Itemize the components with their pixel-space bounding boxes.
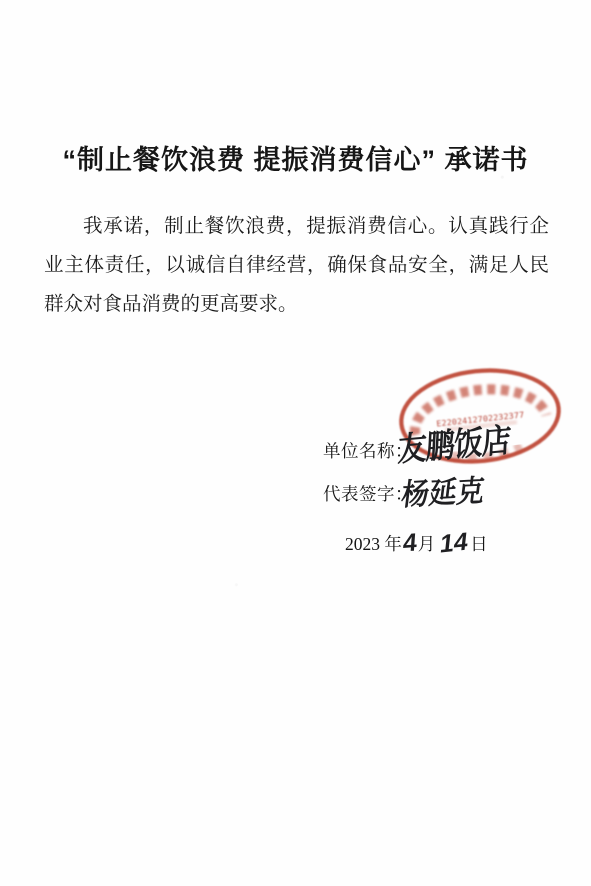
- date-month-handwritten: 4: [402, 530, 418, 556]
- document-title: “制止餐饮浪费 提振消费信心” 承诺书: [0, 138, 591, 177]
- date-day-unit: 日: [470, 531, 488, 556]
- document-page: “制止餐饮浪费 提振消费信心” 承诺书 我承诺，制止餐饮浪费，提振消费信心。认真…: [0, 0, 591, 886]
- rep-signature-handwritten: 杨延克: [399, 465, 487, 514]
- rep-signature-label: 代表签字：: [323, 481, 413, 506]
- date-day-handwritten: 14: [439, 529, 469, 557]
- body-paragraph: 我承诺，制止餐饮浪费，提振消费信心。认真践行企业主体责任，以诚信自律经营，确保食…: [44, 207, 549, 324]
- org-name-handwritten: 友鹏饭店: [397, 414, 512, 471]
- date-month-unit: 月: [418, 531, 436, 556]
- date-line: 2023 年 4 月 14 日: [345, 526, 488, 560]
- date-year: 2023 年: [345, 531, 402, 556]
